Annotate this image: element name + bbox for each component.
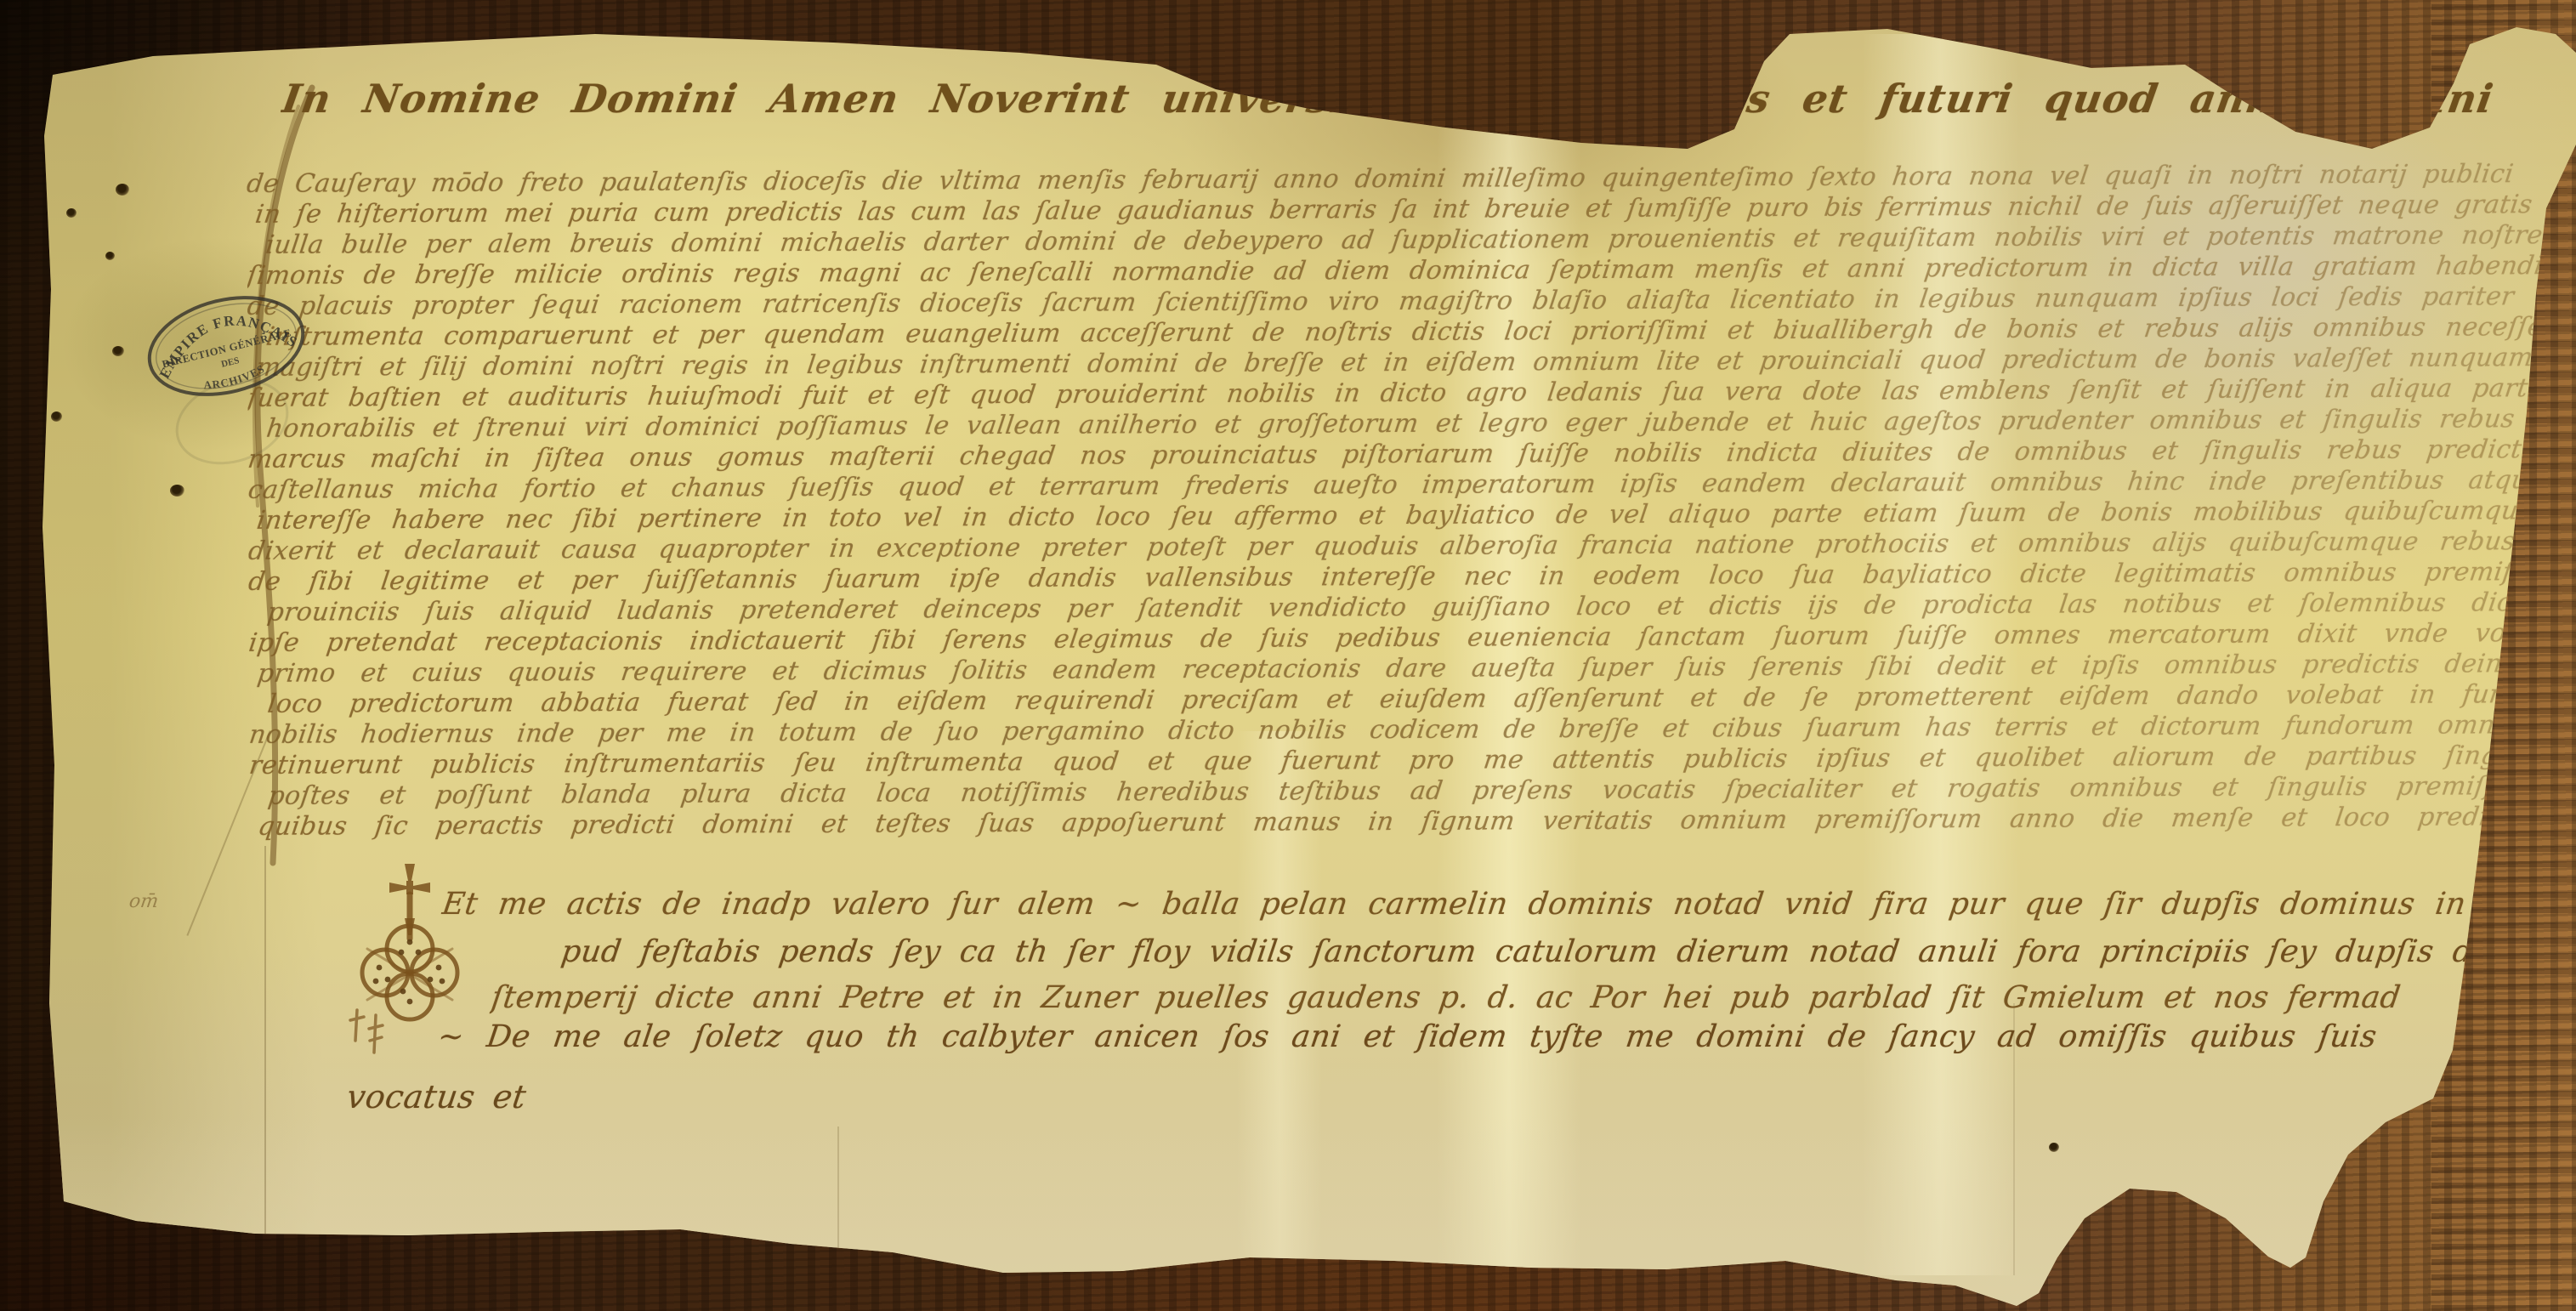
- opening-invocation-line: In Nomine Domini Amen Noverint universi …: [278, 75, 2497, 128]
- marginal-note: om̄: [128, 891, 160, 912]
- worm-hole: [105, 252, 115, 260]
- worm-hole: [116, 184, 129, 196]
- eschatocol-line: vocatus et requiſitus.: [344, 1078, 690, 1119]
- worm-hole: [2049, 1143, 2059, 1152]
- parchment-sheet: In Nomine Domini Amen Noverint universi …: [0, 0, 2576, 1311]
- eschatocol-line: ~ De me ale ſoletz quo th calbyter anice…: [435, 1019, 2380, 1059]
- photo-of-parchment-charter: In Nomine Domini Amen Noverint universi …: [0, 0, 2576, 1311]
- worm-hole: [66, 208, 77, 218]
- stamp-line-3: DES: [220, 355, 241, 370]
- fold-crease: [837, 1127, 839, 1275]
- eschatocol-line: pud feſtabis pends ſey ca th ſer floy vi…: [559, 934, 2494, 974]
- eschatocol-line: ſtemperij dicte anni Petre et in Zuner p…: [489, 979, 2403, 1020]
- fold-crease: [264, 846, 266, 1235]
- worm-hole: [51, 411, 62, 422]
- eschatocol-line: Et me actis de inadp valero ſur alem ~ b…: [440, 886, 2469, 927]
- charter-body-text: de Cauſeray mōdo freto paulatenſis dioce…: [247, 159, 2545, 843]
- worm-hole: [170, 485, 184, 497]
- pale-area-bottom: [0, 1115, 2576, 1311]
- worm-hole: [112, 346, 124, 356]
